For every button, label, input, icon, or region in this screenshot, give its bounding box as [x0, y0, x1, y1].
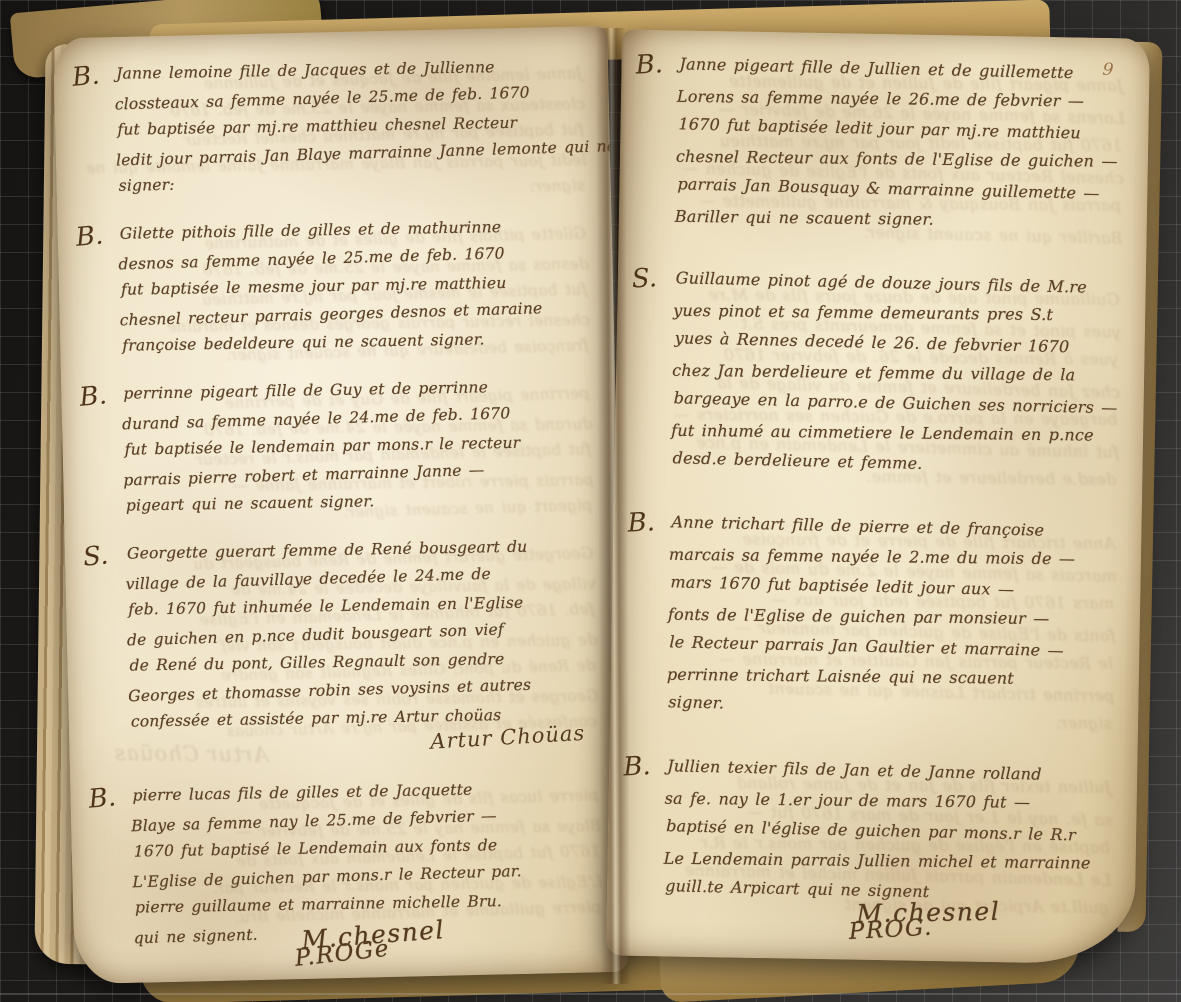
entry-lines: Janne pigeart fille de Jullien et de gui…: [675, 50, 1130, 238]
entry-lines: perrinne pigeart fille de Guy et de perr…: [121, 370, 594, 521]
right-signature-block: M.chesnel PROG.: [856, 897, 1000, 943]
entry-lines: Guillaume pinot agé de douze jours fils …: [670, 264, 1126, 482]
entry-line: Bariller qui ne scauent signer.: [675, 202, 1127, 237]
entry-type-letter: B.: [622, 751, 651, 782]
entry-type-letter: S.: [82, 540, 110, 572]
register-entry: S. Georgette guerart femme de René bousg…: [125, 530, 600, 763]
right-entries: B. Janne pigeart fille de Jullien et de …: [662, 50, 1129, 944]
entry-lines: Georgette guerart femme de René bousgear…: [125, 530, 599, 737]
entry-type-letter: B.: [87, 782, 117, 814]
entry-type-letter: B.: [635, 49, 664, 80]
left-page: B. Janne lemoine fille de Jacques et de …: [53, 26, 628, 984]
register-entry: B. Gilette pithois fille de gilles et de…: [117, 210, 590, 361]
register-entry: B. Janne lemoine fille de Jacques et de …: [114, 50, 587, 201]
entry-type-letter: B.: [627, 507, 656, 538]
register-entry: B. Jullien texier fils de Jan et de Jann…: [663, 752, 1118, 910]
register-entry: B. Anne trichart fille de pierre et de f…: [666, 508, 1122, 726]
entry-lines: Jullien texier fils de Jan et de Janne r…: [663, 752, 1118, 910]
entry-lines: Gilette pithois fille de gilles et de ma…: [117, 210, 590, 361]
entry-type-letter: S.: [631, 263, 658, 294]
photo-manuscript-scene: B. Janne lemoine fille de Jacques et de …: [0, 0, 1181, 1002]
entry-lines: Anne trichart fille de pierre et de fran…: [666, 508, 1122, 726]
register-entry: B. perrinne pigeart fille de Guy et de p…: [121, 370, 594, 521]
entry-type-letter: B.: [78, 380, 108, 412]
register-entry: B. Janne pigeart fille de Jullien et de …: [675, 50, 1130, 238]
left-entries: B. Janne lemoine fille de Jacques et de …: [114, 50, 605, 970]
entry-type-letter: B.: [71, 60, 101, 92]
register-entry: S. Guillaume pinot agé de douze jours fi…: [670, 264, 1126, 482]
right-page: B. Janne pigeart fille de Jullien et de …: [606, 29, 1150, 964]
entry-type-letter: B.: [75, 220, 105, 252]
entry-lines: Janne lemoine fille de Jacques et de Jul…: [114, 50, 587, 201]
